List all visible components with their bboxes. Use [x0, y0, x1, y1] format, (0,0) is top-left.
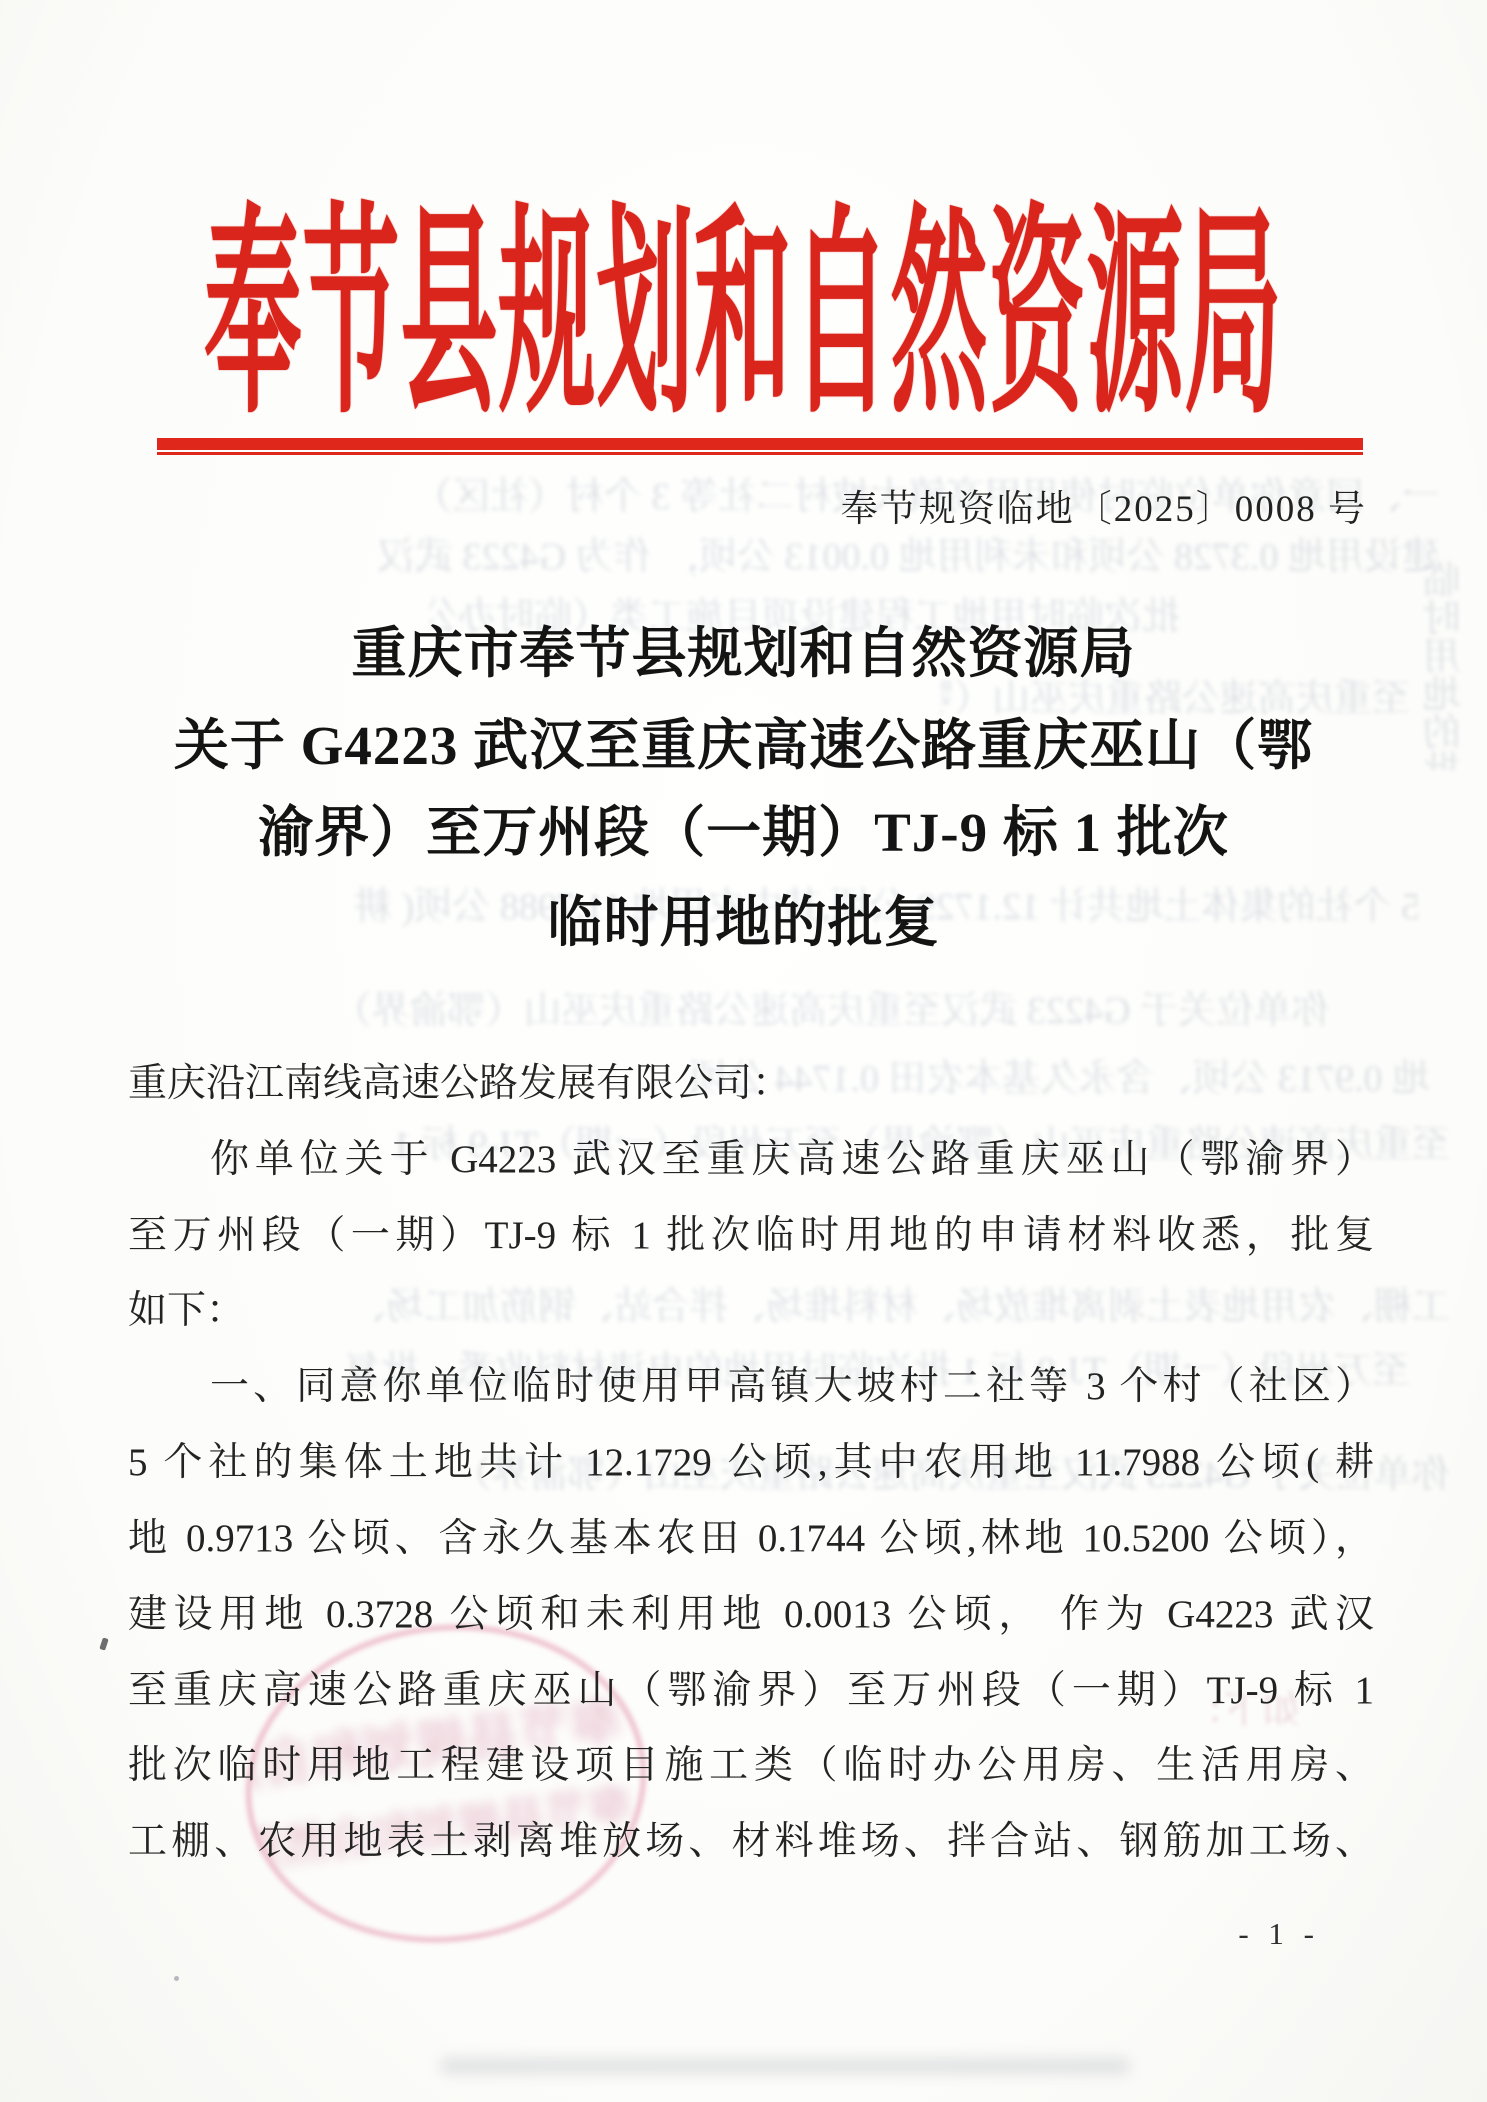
document-title-line-1: 重庆市奉节县规划和自然资源局: [0, 622, 1487, 685]
body-line: 5 个社的集体土地共计 12.1729 公顷,其中农用地 11.7988 公顷(…: [128, 1437, 1374, 1497]
body-line: 至万州段（一期）TJ-9 标 1 批次临时用地的申请材料收悉，批复: [128, 1210, 1374, 1270]
agency-name: 奉节县规划和自然资源局: [205, 204, 1283, 427]
body-line: 工棚、农用地表土剥离堆放场、材料堆场、拌合站、钢筋加工场、: [128, 1816, 1374, 1876]
bleed-through-line: 建设用地 0.3728 公顷和未利用地 0.0013 公顷， 作为 G4223 …: [150, 534, 1440, 582]
scanned-document-page: 一、同意你单位临时使用甲高镇大坡村二社等 3 个村（社区） 建设用地 0.372…: [0, 0, 1487, 2102]
bleed-through-line: 你单位关于 G4223 武汉至重庆高速公路重庆巫山（鄂渝界）: [330, 988, 1330, 1036]
paper-speck: [99, 1637, 108, 1650]
page-number: - 1 -: [1238, 1916, 1320, 1952]
document-title-line-2: 关于 G4223 武汉至重庆高速公路重庆巫山（鄂: [0, 714, 1487, 777]
body-line: 至重庆高速公路重庆巫山（鄂渝界）至万州段（一期）TJ-9 标 1: [128, 1665, 1374, 1725]
body-line: 如下：: [128, 1285, 1374, 1345]
red-separator-rule: [157, 438, 1363, 455]
agency-red-letterhead: 奉节县规划和自然资源局: [0, 192, 1487, 440]
body-line: 一、同意你单位临时使用甲高镇大坡村二社等 3 个村（社区）: [128, 1361, 1374, 1421]
body-line: 批次临时用地工程建设项目施工类（临时办公用房、生活用房、: [128, 1740, 1374, 1800]
document-title-line-4: 临时用地的批复: [0, 891, 1487, 954]
body-line: 地 0.9713 公顷、含永久基本农田 0.1744 公顷,林地 10.5200…: [128, 1513, 1374, 1573]
body-line: 你单位关于 G4223 武汉至重庆高速公路重庆巫山（鄂渝界）: [128, 1134, 1374, 1194]
document-title-line-3: 渝界）至万州段（一期）TJ-9 标 1 批次: [0, 801, 1487, 864]
document-body: 重庆沿江南线高速公路发展有限公司： 你单位关于 G4223 武汉至重庆高速公路重…: [128, 1058, 1374, 1958]
recipient-salutation: 重庆沿江南线高速公路发展有限公司：: [128, 1058, 1374, 1118]
paper-speck: [174, 1976, 179, 1981]
body-line: 建设用地 0.3728 公顷和未利用地 0.0013 公顷， 作为 G4223 …: [128, 1589, 1374, 1649]
document-number: 奉节规资临地〔2025〕0008 号: [841, 490, 1367, 531]
scan-smudge: [440, 2058, 1130, 2074]
